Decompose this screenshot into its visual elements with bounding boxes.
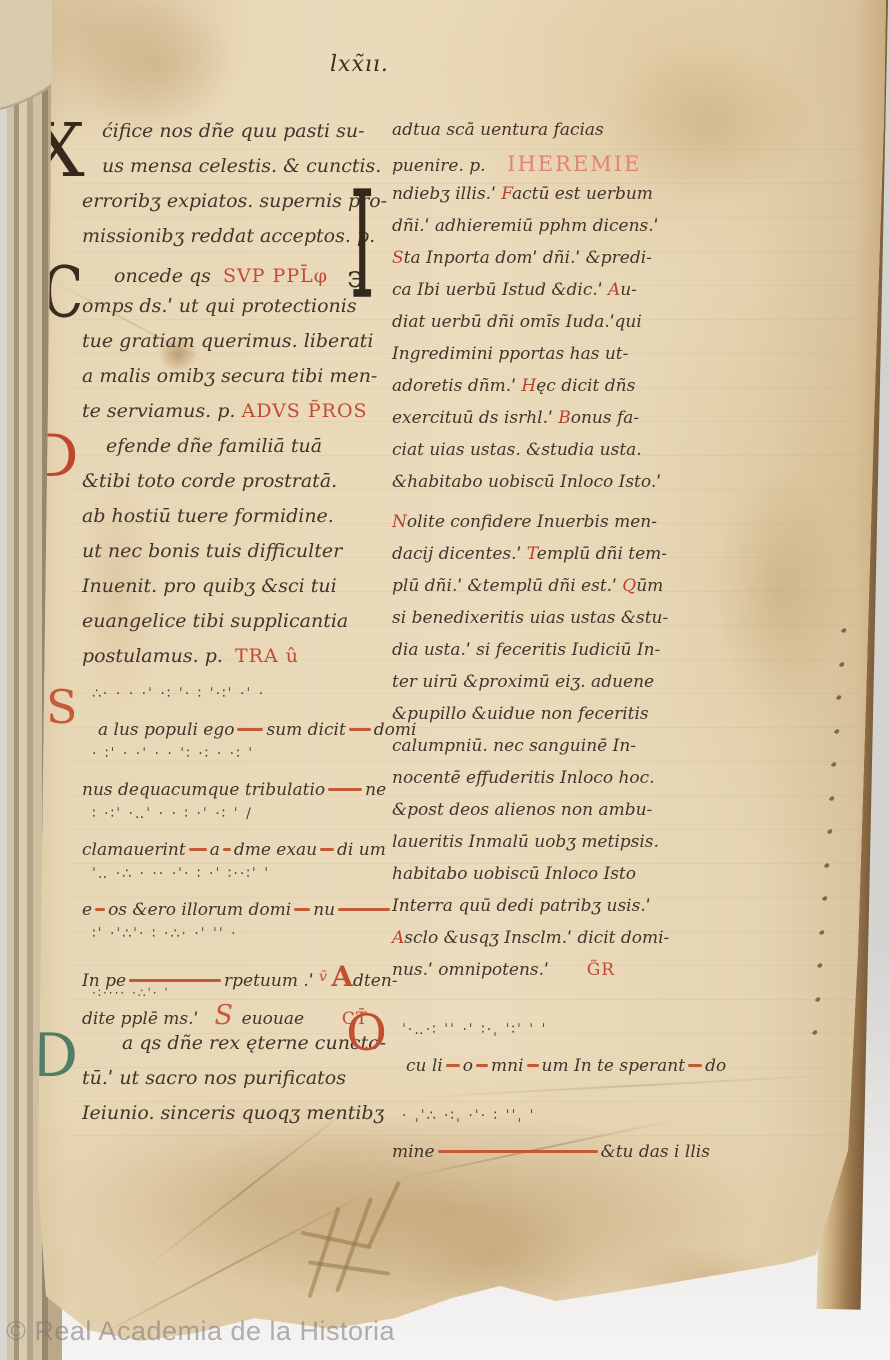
text-run: Interra quū dedi patribʒ usis.ˈ xyxy=(392,896,651,916)
prayer-da-quesumus: Da qs dñe rex ęterne cuncto-tū.ˈ ut sacr… xyxy=(82,1032,366,1137)
text-line: missionibʒ reddat acceptos. p. xyxy=(82,225,366,260)
chant-lyric-line: cu liomnium In te sperantdo xyxy=(392,1056,722,1080)
text-line: calumpniū. nec sanguinē In- xyxy=(392,736,722,768)
melisma-extender xyxy=(688,1064,702,1067)
text-run: efende dñe familiā tuā xyxy=(106,435,322,457)
text-run: missionibʒ reddat acceptos. p. xyxy=(82,225,375,247)
text-run: dñi.ˈ adhieremiū pphm dicens.ˈ xyxy=(392,216,658,236)
prayer-purificent: Xćifice nos dñe quu pasti su-us mensa ce… xyxy=(82,120,366,260)
text-run: dme exau xyxy=(234,840,317,860)
lesson-jeremiah-2: Nolite confidere Inuerbis men-dacij dice… xyxy=(392,512,722,992)
text-run: ndiebʒ illis.ˈ xyxy=(392,184,501,204)
text-run: plū dñi.ˈ &templū dñi est.ˈ xyxy=(392,576,622,596)
text-run: ab hostiū tuere formidine. xyxy=(82,505,334,527)
melisma-extender xyxy=(320,848,334,851)
music-row: ∶ ·∶ˈ ·‥ˈ · · ∶ ·ˈ ·∶ ˈ /clamauerintadme… xyxy=(82,806,366,866)
illuminated-initial-I: I xyxy=(350,172,375,321)
text-run: euangelice tibi supplicantia xyxy=(82,610,348,632)
text-line: a malis omibʒ secura tibi men- xyxy=(82,365,366,400)
text-line: ndiebʒ illis.ˈ Factū est uerbum xyxy=(392,184,722,216)
text-run: os &ero illorum domi xyxy=(108,900,291,920)
text-run: exercituū ds isrhl.ˈ xyxy=(392,408,558,428)
music-row: ˈ‥ ·∴ · ·· ·ˈ· ∶ ·ˈ ∶··∶ˈ ˈeos &ero illo… xyxy=(82,866,366,926)
manuscript-photo: lxx̃ıı. Xćifice nos dñe quu pasti su-us … xyxy=(0,0,890,1360)
text-line: dacij dicentes.ˈ Templū dñi tem- xyxy=(392,544,722,576)
text-line: adtua scā uentura facias xyxy=(392,120,722,152)
text-run: T xyxy=(527,544,537,564)
text-line: Sta Inporta domˈ dñi.ˈ &predi- xyxy=(392,248,722,280)
text-line: ćifice nos dñe quu pasti su- xyxy=(82,120,366,155)
melisma-extender xyxy=(527,1064,539,1067)
text-line: euangelice tibi supplicantia xyxy=(82,610,366,645)
text-line: ter uirū &proximū eiʒ. aduene xyxy=(392,672,722,704)
text-run: ta Inporta domˈ dñi.ˈ &predi- xyxy=(404,248,652,268)
left-text-column: Xćifice nos dñe quu pasti su-us mensa ce… xyxy=(82,120,366,1137)
text-line: Inuenit. pro quibʒ &sci tui xyxy=(82,575,366,610)
melisma-extender xyxy=(294,908,310,911)
text-run: euouae xyxy=(242,1009,304,1029)
text-run: ćifice nos dñe quu pasti su- xyxy=(102,120,365,142)
melisma-extender xyxy=(446,1064,460,1067)
melisma-extender xyxy=(223,848,231,851)
text-run: adoretis dñm.ˈ xyxy=(392,376,521,396)
music-row: ·∶···· ·∴ˈ· ˈdite pplē ms.ˈ S euouae CT̄ xyxy=(82,986,366,1024)
text-run: nu xyxy=(313,900,335,920)
text-line: diat uerbū dñi omīs Iuda.ˈqui xyxy=(392,312,722,344)
text-run: ADVS P̃ROS xyxy=(241,400,367,422)
text-run: emplū dñi tem- xyxy=(537,544,667,564)
text-run: u- xyxy=(620,280,637,300)
text-line: habitabo uobiscū Inloco Isto xyxy=(392,864,722,896)
text-run: mine xyxy=(392,1142,435,1162)
melisma-extender xyxy=(349,728,371,731)
text-line: efende dñe familiā tuā xyxy=(82,435,366,470)
prayer-defende: Defende dñe familiā tuā&tibi toto corde … xyxy=(82,435,366,680)
text-line: puenire. p. IHEREMIE xyxy=(392,152,722,184)
text-run: clamauerint xyxy=(82,840,186,860)
text-run: ne xyxy=(365,780,386,800)
text-run: us mensa celestis. & cunctis. xyxy=(102,155,381,177)
text-run: a malis omibʒ secura tibi men- xyxy=(82,365,377,387)
text-run: F xyxy=(501,184,512,204)
text-run: a lus populi ego xyxy=(98,720,234,740)
melisma-extender xyxy=(237,728,263,731)
chant-lyric-line: nus dequacumque tribulatione xyxy=(82,780,366,804)
parchment-page: lxx̃ıı. Xćifice nos dñe quu pasti su-us … xyxy=(0,0,890,1360)
text-line: Ingredimini pportas has ut- xyxy=(392,344,722,376)
prayer-concede: Concede qs SVP PPL̄φ ϶omps ds.ˈ ut qui p… xyxy=(82,260,366,435)
text-line: adoretis dñm.ˈ Hęc dicit dñs xyxy=(392,376,722,408)
text-run: v̄ xyxy=(319,969,331,985)
text-line: Ieiunio. sinceris quoqʒ mentibʒ xyxy=(82,1102,366,1137)
chant-lyric-line: clamauerintadme exaudi um xyxy=(82,840,366,864)
text-run: um In te sperant xyxy=(542,1056,686,1076)
melisma-extender xyxy=(338,908,390,911)
text-run: Ieiunio. sinceris quoqʒ mentibʒ xyxy=(82,1102,384,1124)
text-run: B xyxy=(558,408,571,428)
text-line: ut nec bonis tuis difficulter xyxy=(82,540,366,575)
text-run: nus.ˈ omnipotens.ˈ xyxy=(392,960,587,980)
watermark: © Real Academia de la Historia xyxy=(6,1316,395,1347)
text-run: S xyxy=(215,1000,242,1031)
chant-salus-populi: S∴· · · ·ˈ ·∶ ˈ· ∶ ˈ·∶ˈ ·ˈ ·a lus populi… xyxy=(82,686,366,1024)
text-run: rpetuum .ˈ xyxy=(224,971,319,991)
text-run: dacij dicentes.ˈ xyxy=(392,544,527,564)
music-row: ∶ˈ ·ˈ∴ˈ· ∶ ·∴· ·ˈ ˈˈ ·In perpetuum .ˈ v̄… xyxy=(82,926,366,986)
text-run: ut nec bonis tuis difficulter xyxy=(82,540,342,562)
neume-notation: ∴· · · ·ˈ ·∶ ˈ· ∶ ˈ·∶ˈ ·ˈ · xyxy=(82,686,366,720)
text-line: ciat uias ustas. &studia usta. xyxy=(392,440,722,472)
text-run: &pupillo &uidue non feceritis xyxy=(392,704,649,724)
text-run: habitabo uobiscū Inloco Isto xyxy=(392,864,636,884)
prayer-continuation: adtua scā uentura faciaspuenire. p. IHER… xyxy=(392,120,722,184)
text-run: H xyxy=(521,376,536,396)
text-run: postulamus. p. xyxy=(82,645,235,667)
text-run: dten- xyxy=(353,971,397,991)
text-run: IHEREMIE xyxy=(507,152,641,176)
neume-notation: ˈ·‥·∶ ˈˈ ·ˈ ∶·ˌ ˈ∶ˈ ˈ ˈ xyxy=(392,1022,722,1056)
text-line: &habitabo uobiscū Inloco Isto.ˈ xyxy=(392,472,722,504)
text-line: dñi.ˈ adhieremiū pphm dicens.ˈ xyxy=(392,216,722,248)
neume-notation: · ˌˈ∴ ·∶ˌ ·ˈ· ∶ ˈˈˌ ˈ xyxy=(392,1108,722,1142)
text-line: Asclo &usqʒ Insclm.ˈ dicit domi- xyxy=(392,928,722,960)
text-run: puenire. p. xyxy=(392,156,507,176)
neume-notation: · ∶ˈ · ·ˈ · · ˈ∶ ·∶ · ·∶ ˈ xyxy=(82,746,366,780)
neume-notation: ∶ˈ ·ˈ∴ˈ· ∶ ·∴· ·ˈ ˈˈ · xyxy=(82,926,366,960)
melisma-extender xyxy=(328,788,362,791)
neume-notation: ˈ‥ ·∴ · ·· ·ˈ· ∶ ·ˈ ∶··∶ˈ ˈ xyxy=(82,866,366,900)
text-run: sclo &usqʒ Insclm.ˈ dicit domi- xyxy=(404,928,669,948)
melisma-extender xyxy=(95,908,105,911)
text-run: onus fa- xyxy=(571,408,639,428)
text-run: e xyxy=(82,900,92,920)
text-line: si benedixeritis uias ustas &stu- xyxy=(392,608,722,640)
text-run xyxy=(304,1009,342,1029)
text-run: tū.ˈ ut sacro nos purificatos xyxy=(82,1067,346,1089)
text-line: dia usta.ˈ si feceritis Iudiciū In- xyxy=(392,640,722,672)
text-line: omps ds.ˈ ut qui protectionis xyxy=(82,295,366,330)
text-run: A xyxy=(608,280,620,300)
lesson-jeremiah-1: Indiebʒ illis.ˈ Factū est uerbumdñi.ˈ ad… xyxy=(392,184,722,504)
chant-lyric-line: mine&tu das i llis xyxy=(392,1142,722,1166)
text-run: calumpniū. nec sanguinē In- xyxy=(392,736,636,756)
text-line: nus.ˈ omnipotens.ˈ G̃R xyxy=(392,960,722,992)
text-run: &tibi toto corde prostratā. xyxy=(82,470,337,492)
text-line: Nolite confidere Inuerbis men- xyxy=(392,512,722,544)
chant-lyric-line: eos &ero illorum dominu xyxy=(82,900,366,924)
text-run: A xyxy=(331,960,353,993)
text-run: dia usta.ˈ si feceritis Iudiciū In- xyxy=(392,640,660,660)
text-line: &pupillo &uidue non feceritis xyxy=(392,704,722,736)
text-run: erroribʒ expiatos. supernis pro- xyxy=(82,190,387,212)
folio-number: lxx̃ıı. xyxy=(330,52,389,77)
text-run: nocentē effuderitis Inloco hoc. xyxy=(392,768,655,788)
text-run: &tu das i llis xyxy=(601,1142,710,1162)
text-run: tue gratiam querimus. liberati xyxy=(82,330,373,352)
text-run: TRA û xyxy=(235,645,299,667)
text-line: us mensa celestis. & cunctis. xyxy=(82,155,366,190)
text-run: G̃R xyxy=(587,960,615,980)
illuminated-initial-S: S xyxy=(46,684,78,730)
text-run: omps ds.ˈ ut qui protectionis xyxy=(82,295,357,317)
text-line: plū dñi.ˈ &templū dñi est.ˈ Qūm xyxy=(392,576,722,608)
text-line: tū.ˈ ut sacro nos purificatos xyxy=(82,1067,366,1102)
chant-lyric-line: dite pplē ms.ˈ S euouae CT̄ xyxy=(82,1000,366,1024)
text-line: a qs dñe rex ęterne cuncto- xyxy=(82,1032,366,1067)
text-run: Q xyxy=(622,576,636,596)
text-run: adtua scā uentura facias xyxy=(392,120,604,140)
melisma-extender xyxy=(129,979,221,982)
text-run: N xyxy=(392,512,407,532)
text-run: si benedixeritis uias ustas &stu- xyxy=(392,608,668,628)
text-run: Inuenit. pro quibʒ &sci tui xyxy=(82,575,337,597)
text-run: actū est uerbum xyxy=(512,184,653,204)
chant-oculi-omnium: Oˈ·‥·∶ ˈˈ ·ˈ ∶·ˌ ˈ∶ˈ ˈ ˈcu liomnium In t… xyxy=(392,1010,722,1182)
text-run: A xyxy=(392,928,404,948)
text-run: &post deos alienos non ambu- xyxy=(392,800,652,820)
text-run: oncede qs xyxy=(114,265,223,287)
text-run: sum dicit xyxy=(266,720,345,740)
text-run: ęc dicit dñs xyxy=(536,376,635,396)
chant-lyric-line: a lus populi egosum dicitdomi xyxy=(82,720,366,744)
text-run: S xyxy=(392,248,404,268)
text-line: exercituū ds isrhl.ˈ Bonus fa- xyxy=(392,408,722,440)
music-row: · ∶ˈ · ·ˈ · · ˈ∶ ·∶ · ·∶ ˈnus dequacumqu… xyxy=(82,746,366,806)
parchment-stain xyxy=(590,1230,820,1330)
music-row: ∴· · · ·ˈ ·∶ ˈ· ∶ ˈ·∶ˈ ·ˈ ·a lus populi … xyxy=(82,686,366,746)
text-line: ab hostiū tuere formidine. xyxy=(82,505,366,540)
music-row: · ˌˈ∴ ·∶ˌ ·ˈ· ∶ ˈˈˌ ˈmine&tu das i llis xyxy=(392,1096,722,1182)
illuminated-initial-O: O xyxy=(346,1008,387,1058)
text-run: a xyxy=(210,840,220,860)
text-run: te serviamus. p. xyxy=(82,400,241,422)
music-row: ˈ·‥·∶ ˈˈ ·ˈ ∶·ˌ ˈ∶ˈ ˈ ˈcu liomnium In te… xyxy=(392,1010,722,1096)
text-run: olite confidere Inuerbis men- xyxy=(407,512,657,532)
text-line: te serviamus. p. ADVS P̃ROS xyxy=(82,400,366,435)
melisma-extender xyxy=(189,848,207,851)
text-run: laueritis Inmalū uobʒ metipsis. xyxy=(392,832,659,852)
text-line: erroribʒ expiatos. supernis pro- xyxy=(82,190,366,225)
text-run: dite pplē ms.ˈ xyxy=(82,1009,215,1029)
text-line: postulamus. p. TRA û xyxy=(82,645,366,680)
text-run: o xyxy=(463,1056,473,1076)
text-run: do xyxy=(705,1056,726,1076)
text-run: ca Ibi uerbū Istud &dic.ˈ xyxy=(392,280,608,300)
text-run: nus dequacumque tribulatio xyxy=(82,780,325,800)
text-run: ciat uias ustas. &studia usta. xyxy=(392,440,642,460)
text-run: SVP PPL̄φ xyxy=(223,265,328,287)
text-line: nocentē effuderitis Inloco hoc. xyxy=(392,768,722,800)
text-line: oncede qs SVP PPL̄φ ϶ xyxy=(82,260,366,295)
text-run: &habitabo uobiscū Inloco Isto.ˈ xyxy=(392,472,661,492)
right-text-column: adtua scā uentura faciaspuenire. p. IHER… xyxy=(392,120,722,1182)
text-run: Ingredimini pportas has ut- xyxy=(392,344,628,364)
text-run: mni xyxy=(491,1056,524,1076)
text-run: di um xyxy=(337,840,386,860)
melisma-extender xyxy=(438,1150,598,1153)
text-line: Interra quū dedi patribʒ usis.ˈ xyxy=(392,896,722,928)
text-line: tue gratiam querimus. liberati xyxy=(82,330,366,365)
text-run: cu li xyxy=(406,1056,443,1076)
text-line: ca Ibi uerbū Istud &dic.ˈ Au- xyxy=(392,280,722,312)
neume-notation: ∶ ·∶ˈ ·‥ˈ · · ∶ ·ˈ ·∶ ˈ / xyxy=(82,806,366,840)
text-run: ter uirū &proximū eiʒ. aduene xyxy=(392,672,654,692)
chant-lyric-line: In perpetuum .ˈ v̄ Adten- xyxy=(82,960,366,984)
text-line: &post deos alienos non ambu- xyxy=(392,800,722,832)
text-line: laueritis Inmalū uobʒ metipsis. xyxy=(392,832,722,864)
text-run: ūm xyxy=(636,576,663,596)
text-line: &tibi toto corde prostratā. xyxy=(82,470,366,505)
text-run: diat uerbū dñi omīs Iuda.ˈqui xyxy=(392,312,642,332)
melisma-extender xyxy=(476,1064,488,1067)
